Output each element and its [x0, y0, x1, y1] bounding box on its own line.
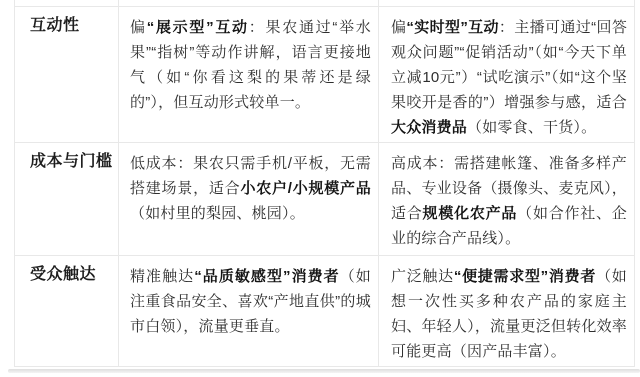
bold-text-run: “实时型”互动 — [406, 19, 499, 36]
row-label-cost-threshold: 成本与门槛 — [15, 142, 118, 255]
row-label-interactivity: 互动性 — [15, 6, 118, 142]
row-label-audience-reach: 受众触达 — [15, 255, 118, 366]
bold-text-run: “便捷需求型”消费者 — [454, 268, 596, 285]
cell-audience-right: 广泛触达“便捷需求型”消费者（如想一次性买多种农产品的家庭主妇、年轻人），流量更… — [378, 255, 634, 366]
bold-text-run: 小农户/小规模产品 — [240, 180, 371, 197]
text-run: 广泛触达 — [391, 268, 454, 285]
bold-text-run: “品质敏感型”消费者 — [194, 268, 340, 285]
bold-text-run: 规模化农产品 — [423, 205, 518, 222]
text-run: 精准触达 — [130, 268, 194, 285]
cell-cost-right: 高成本：需搭建帐篷、准备多样产品、专业设备（摄像头、麦克风），适合规模化农产品（… — [378, 142, 634, 255]
cell-audience-left: 精准触达“品质敏感型”消费者（如注重食品安全、喜欢“产地直供”的城市白领），流量… — [118, 255, 378, 366]
cell-interactivity-left: 偏“展示型”互动：果农通过“举水果”“指树”等动作讲解，语言更接地气（如“你看这… — [118, 6, 378, 142]
comparison-table: 互动性 偏“展示型”互动：果农通过“举水果”“指树”等动作讲解，语言更接地气（如… — [14, 0, 635, 367]
bold-text-run: 大众消费品 — [391, 119, 467, 136]
cell-cost-left: 低成本：果农只需手机/平板，无需搭建场景，适合小农户/小规模产品（如村里的梨园、… — [118, 142, 378, 255]
screenshot-bottom-edge — [8, 369, 640, 373]
text-run: 偏 — [130, 19, 147, 36]
text-run: （如零食、干货）。 — [467, 119, 596, 136]
text-run: 偏 — [391, 19, 406, 36]
page: 互动性 偏“展示型”互动：果农通过“举水果”“指树”等动作讲解，语言更接地气（如… — [0, 0, 640, 377]
cell-interactivity-right: 偏“实时型”互动：主播可通过“回答观众问题”“促销活动”（如“今天下单立减10元… — [378, 6, 634, 142]
text-run: （如村里的梨园、桃园）。 — [130, 205, 305, 222]
bold-text-run: “展示型”互动 — [147, 19, 249, 36]
